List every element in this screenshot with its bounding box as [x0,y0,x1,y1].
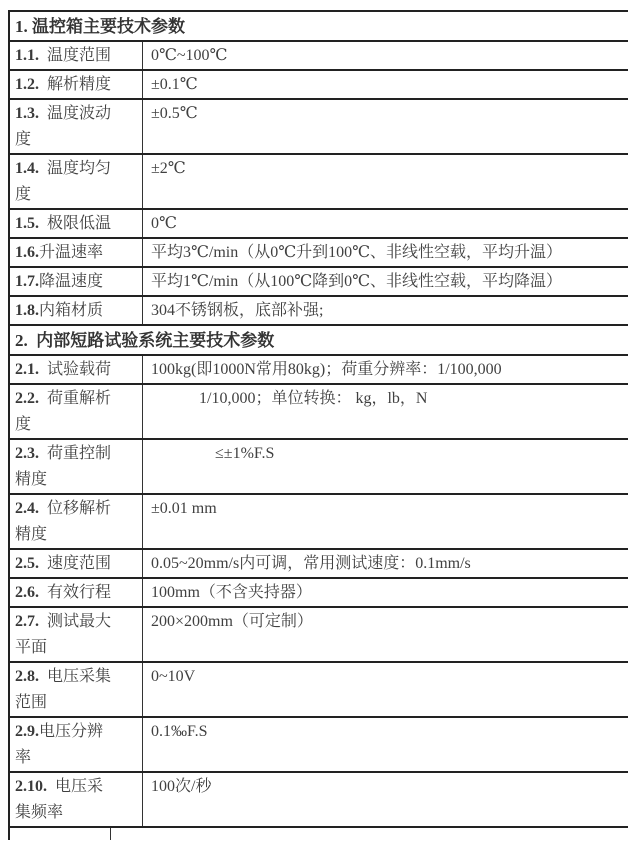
row-value: ±0.1℃ [143,71,628,98]
table-row: 2.8. 电压采集范围 0~10V [10,663,628,718]
row-label-text: 速度范围 [47,555,111,572]
row-number: 1.7. [15,273,39,290]
row-value: 0.05~20mm/s内可调，常用测试速度：0.1mm/s [143,550,628,577]
row-label-cell: 1.3. 温度波动度 [10,100,143,153]
row-number: 1.3. [15,105,47,122]
table-row: 1.4. 温度均匀度 ±2℃ [10,155,628,210]
table-row: 1.6.升温速率 平均3℃/min（从0℃升到100℃、非线性空载，平均升温） [10,239,628,268]
row-label-text: 有效行程 [47,584,111,601]
row-label-cell: 1.2. 解析精度 [10,71,143,98]
row-label-cell: 2.8. 电压采集范围 [10,663,143,716]
row-label-text: 温度范围 [47,47,111,64]
table-row: 1.2. 解析精度 ±0.1℃ [10,71,628,100]
row-label-cell: 2.3. 荷重控制精度 [10,440,143,493]
row-number: 1.6. [15,244,39,261]
row-number: 2.1. [15,361,47,378]
row-label-cell: 2.9.电压分辨率 [10,718,143,771]
row-label-cell: 2.6. 有效行程 [10,579,143,606]
row-value: ±0.5℃ [143,100,628,153]
row-label-text: 极限低温 [47,215,111,232]
row-value: 平均1℃/min（从100℃降到0℃、非线性空载，平均降温） [143,268,628,295]
row-number: 2.2. [15,390,47,407]
row-value: 0~10V [143,663,628,716]
row-label-cell: 1.8.内箱材质 [10,297,143,324]
row-value [111,828,628,840]
row-value: 100kg(即1000N常用80kg)；荷重分辨率：1/100,000 [143,356,628,383]
row-label-cell: 1.4. 温度均匀度 [10,155,143,208]
table-row: 1.7.降温速度 平均1℃/min（从100℃降到0℃、非线性空载，平均降温） [10,268,628,297]
row-label-cell: 2.7. 测试最大平面 [10,608,143,661]
table-row: 1.8.内箱材质 304不锈钢板，底部补强; [10,297,628,326]
row-number: 2.3. [15,445,47,462]
row-label-text: 降温速度 [39,273,103,290]
row-number: 2.8. [15,668,47,685]
table-row: 2.2. 荷重解析度 1/10,000；单位转换： kg，lb，N [10,385,628,440]
table-row: 1.1. 温度范围 0℃~100℃ [10,42,628,71]
table-row: 2.1. 试验载荷 100kg(即1000N常用80kg)；荷重分辨率：1/10… [10,356,628,385]
row-number: 2.5. [15,555,47,572]
row-value: 100次/秒 [143,773,628,826]
row-label-cell [10,828,111,840]
row-value: 平均3℃/min（从0℃升到100℃、非线性空载，平均升温） [143,239,628,266]
row-number: 2.10. [15,778,55,795]
spec-table: 1. 温控箱主要技术参数 1.1. 温度范围 0℃~100℃ 1.2. 解析精度… [8,10,628,840]
row-value: 0.1‰F.S [143,718,628,771]
table-row: 1.3. 温度波动度 ±0.5℃ [10,100,628,155]
row-label-cell: 1.5. 极限低温 [10,210,143,237]
row-number: 2.7. [15,613,47,630]
row-number: 2.4. [15,500,47,517]
row-number: 2.9. [15,723,39,740]
row-value: ±2℃ [143,155,628,208]
table-row: 1.5. 极限低温 0℃ [10,210,628,239]
row-number: 1.8. [15,302,39,319]
section-header-text: 2. 内部短路试验系统主要技术参数 [10,326,628,354]
table-row: 2.9.电压分辨率 0.1‰F.S [10,718,628,773]
table-row: 2.4. 位移解析精度 ±0.01 mm [10,495,628,550]
table-row: 2.7. 测试最大平面 200×200mm（可定制） [10,608,628,663]
table-row: 2.10. 电压采集频率 100次/秒 [10,773,628,828]
row-value: ≤±1%F.S [143,440,628,493]
row-number: 2.6. [15,584,47,601]
row-number: 1.4. [15,160,47,177]
row-label-cell: 1.1. 温度范围 [10,42,143,69]
row-value: 100mm（不含夹持器） [143,579,628,606]
section-header-row: 2. 内部短路试验系统主要技术参数 [10,326,628,356]
row-label-text: 解析精度 [47,76,111,93]
row-label-text: 内箱材质 [39,302,103,319]
row-label-cell: 2.5. 速度范围 [10,550,143,577]
section-header-text: 1. 温控箱主要技术参数 [10,12,628,40]
row-label-text: 升温速率 [39,244,103,261]
table-row: 2.6. 有效行程 100mm（不含夹持器） [10,579,628,608]
row-value: 304不锈钢板，底部补强; [143,297,628,324]
row-label-cell: 2.2. 荷重解析度 [10,385,143,438]
row-label-cell: 2.4. 位移解析精度 [10,495,143,548]
row-label-text: 试验载荷 [47,361,111,378]
section-header-row: 1. 温控箱主要技术参数 [10,12,628,42]
row-value: 0℃~100℃ [143,42,628,69]
row-number: 1.2. [15,76,47,93]
partial-cut-row [10,828,628,840]
row-label-cell: 2.10. 电压采集频率 [10,773,143,826]
row-label-cell: 2.1. 试验载荷 [10,356,143,383]
row-value: 1/10,000；单位转换： kg，lb，N [143,385,628,438]
row-number: 1.5. [15,215,47,232]
row-label-cell: 1.7.降温速度 [10,268,143,295]
row-number: 1.1. [15,47,47,64]
row-label-cell: 1.6.升温速率 [10,239,143,266]
table-row: 2.5. 速度范围 0.05~20mm/s内可调，常用测试速度：0.1mm/s [10,550,628,579]
row-value: 200×200mm（可定制） [143,608,628,661]
row-value: ±0.01 mm [143,495,628,548]
table-row: 2.3. 荷重控制精度 ≤±1%F.S [10,440,628,495]
row-value: 0℃ [143,210,628,237]
